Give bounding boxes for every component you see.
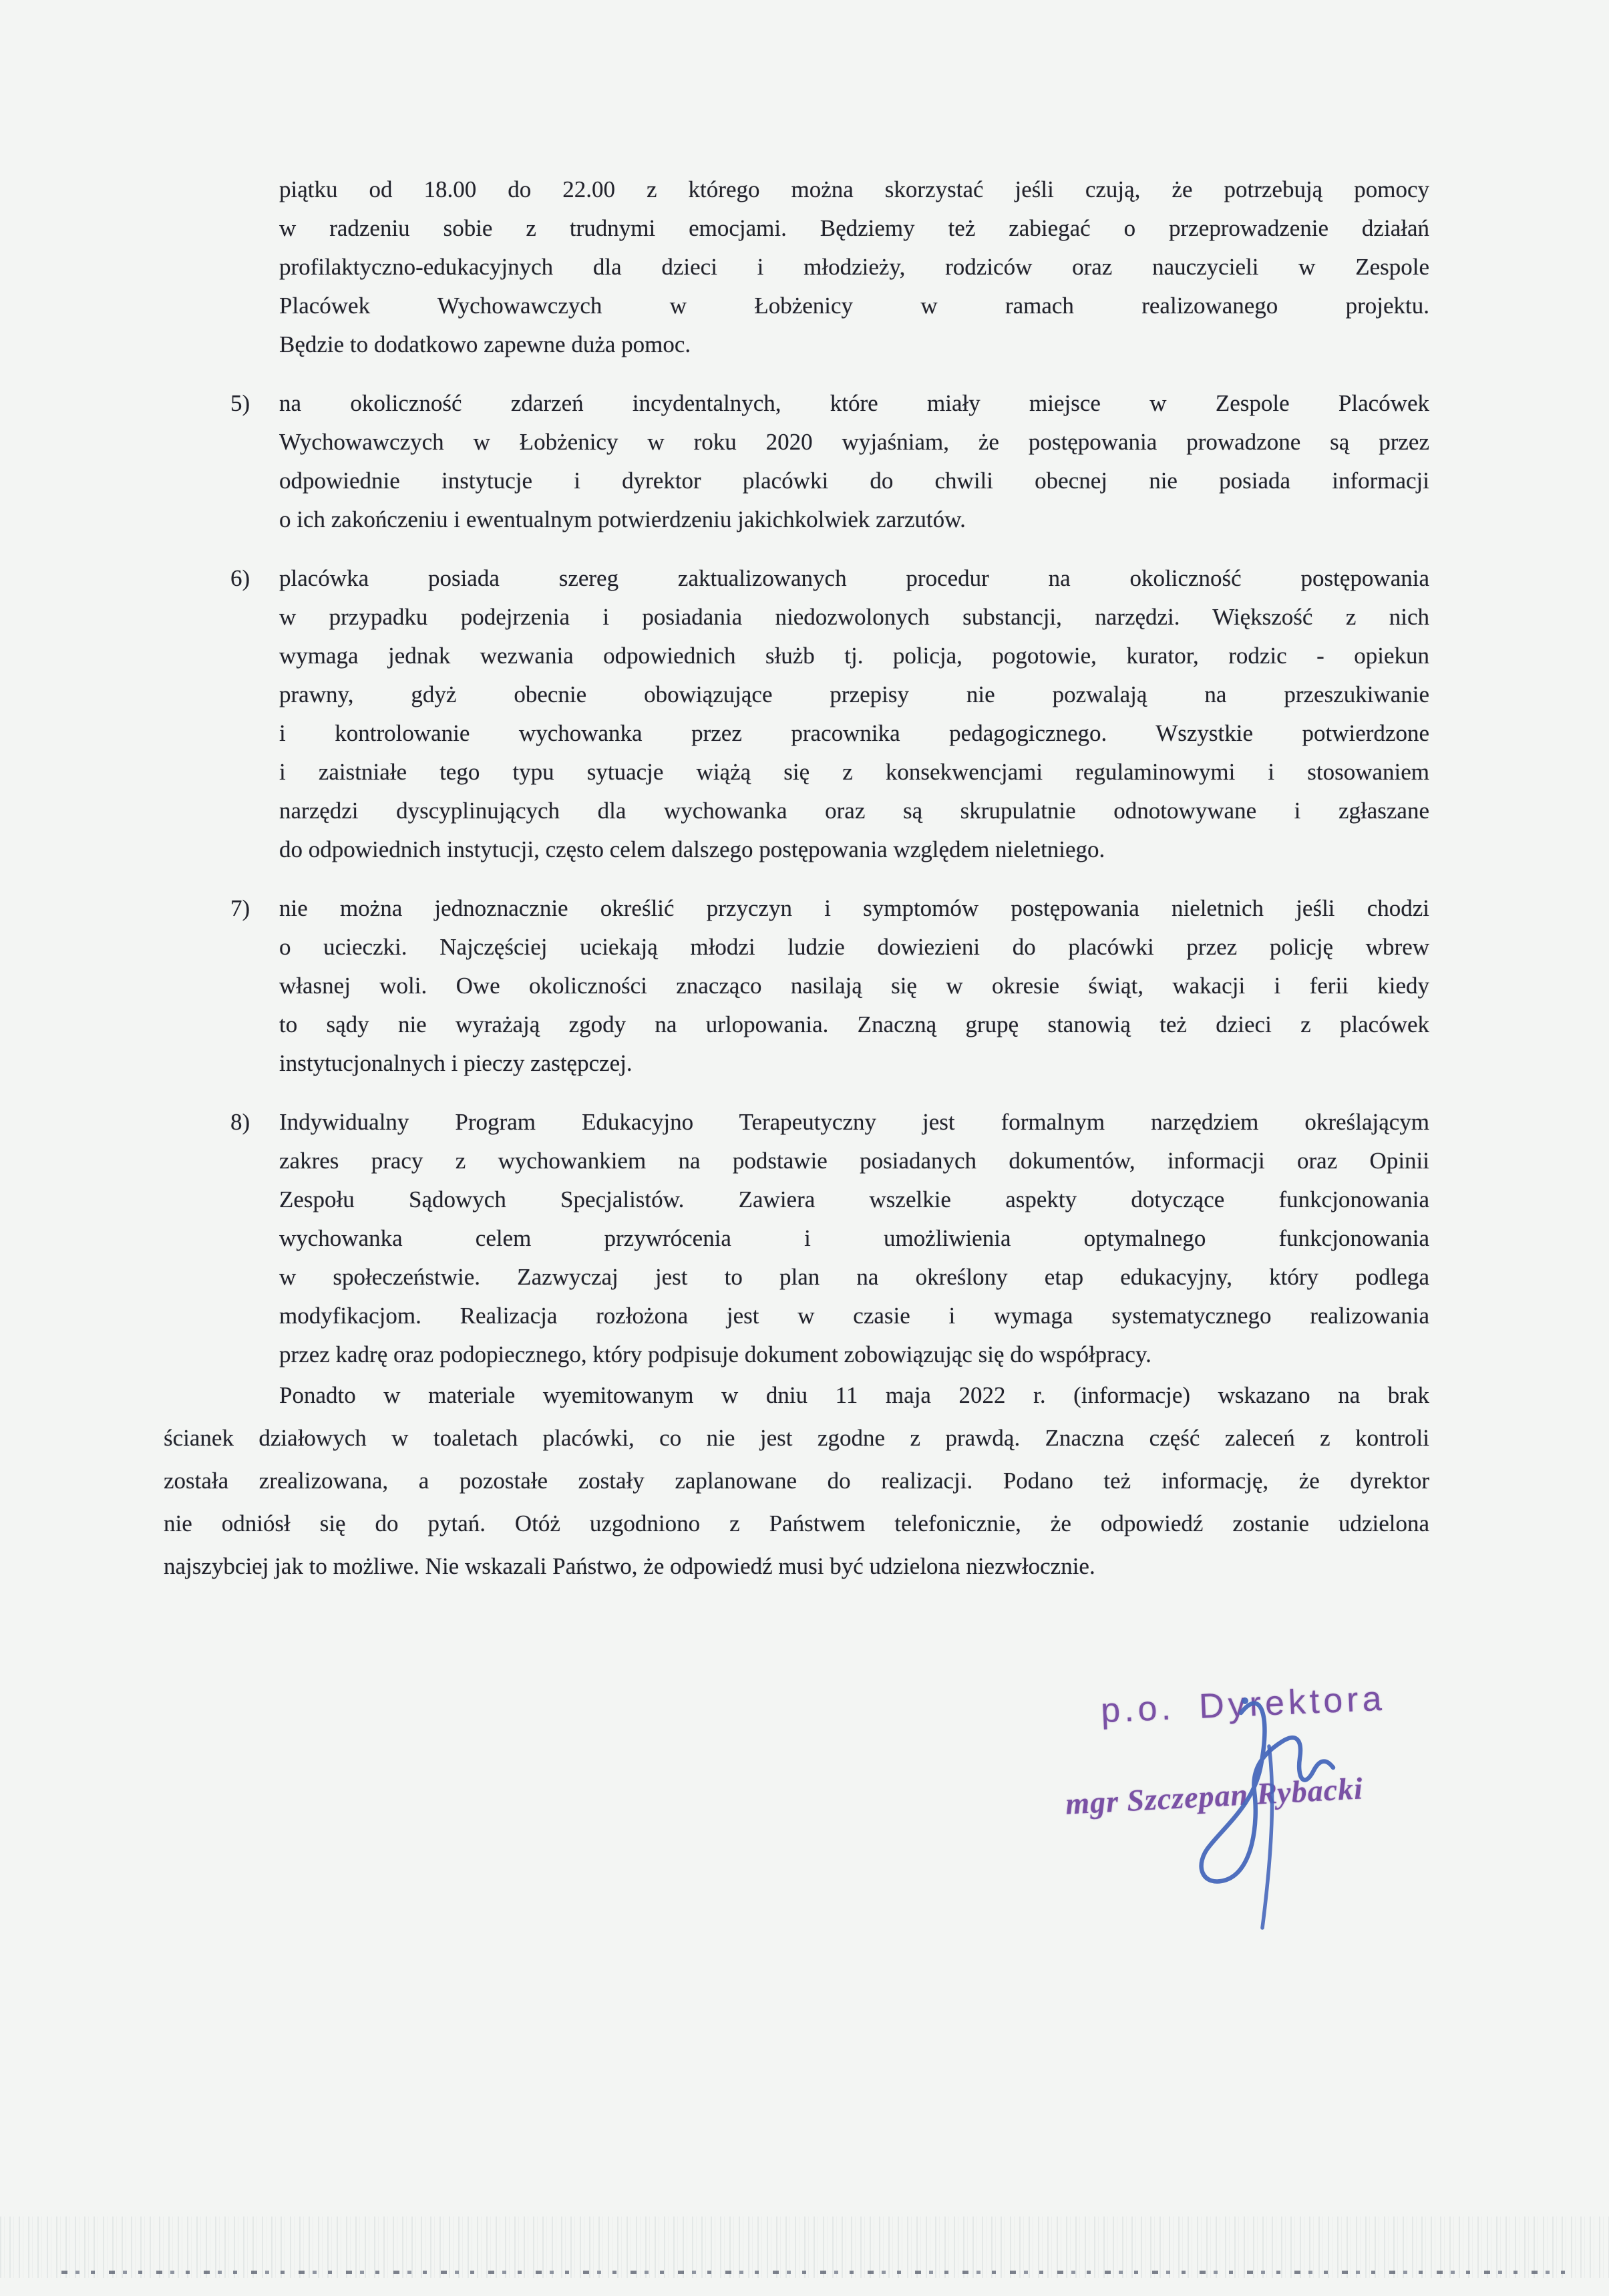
scanned-document-page: piątku od 18.00 do 22.00 z którego można… [0, 0, 1609, 2296]
document-body: piątku od 18.00 do 22.00 z którego można… [279, 170, 1429, 1374]
list-number: 5) [230, 384, 250, 423]
handwritten-signature-icon [1162, 1623, 1376, 1937]
list-item-7: 7) nie można jednoznacznie określić przy… [279, 889, 1429, 1083]
text-line: Wychowawczych w Łobżenicy w roku 2020 wy… [279, 423, 1429, 462]
text-line: Ponadto w materiale wyemitowanym w dniu … [164, 1374, 1429, 1417]
text-line: prawny, gdyż obecnie obowiązujące przepi… [279, 675, 1429, 714]
list-item-text: placówka posiada szereg zaktualizowanych… [279, 559, 1429, 869]
text-line: zakres pracy z wychowankiem na podstawie… [279, 1142, 1429, 1180]
list-item-6: 6) placówka posiada szereg zaktualizowan… [279, 559, 1429, 869]
text-line: nie można jednoznacznie określić przyczy… [279, 889, 1429, 928]
text-line: o ich zakończeniu i ewentualnym potwierd… [279, 500, 1429, 539]
text-line: placówka posiada szereg zaktualizowanych… [279, 559, 1429, 598]
intro-paragraph: piątku od 18.00 do 22.00 z którego można… [279, 170, 1429, 364]
text-line: profilaktyczno-edukacyjnych dla dzieci i… [279, 248, 1429, 287]
text-line: i kontrolowanie wychowanka przez pracown… [279, 714, 1429, 753]
text-line: o ucieczki. Najczęściej uciekają młodzi … [279, 928, 1429, 967]
scan-edge-artifact [61, 2271, 1568, 2274]
text-line: to sądy nie wyrażają zgody na urlopowani… [279, 1005, 1429, 1044]
text-line: Będzie to dodatkowo zapewne duża pomoc. [279, 325, 1429, 364]
list-number: 6) [230, 559, 250, 598]
list-item-8: 8) Indywidualny Program Edukacyjno Terap… [279, 1103, 1429, 1374]
closing-paragraph: Ponadto w materiale wyemitowanym w dniu … [164, 1374, 1429, 1588]
text-line: Placówek Wychowawczych w Łobżenicy w ram… [279, 287, 1429, 325]
text-line: nie odniósł się do pytań. Otóż uzgodnion… [164, 1502, 1429, 1545]
text-line: najszybciej jak to możliwe. Nie wskazali… [164, 1545, 1429, 1588]
text-line: została zrealizowana, a pozostałe został… [164, 1460, 1429, 1502]
text-line: Indywidualny Program Edukacyjno Terapeut… [279, 1103, 1429, 1142]
list-item-text: nie można jednoznacznie określić przyczy… [279, 889, 1429, 1083]
text-line: własnej woli. Owe okoliczności znacząco … [279, 967, 1429, 1005]
list-item-text: na okoliczność zdarzeń incydentalnych, k… [279, 384, 1429, 539]
list-number: 8) [230, 1103, 250, 1142]
text-line: wychowanka celem przywrócenia i umożliwi… [279, 1219, 1429, 1258]
text-line: i zaistniałe tego typu sytuacje wiążą si… [279, 753, 1429, 792]
text-line: do odpowiednich instytucji, często celem… [279, 830, 1429, 869]
text-line: wymaga jednak wezwania odpowiednich służ… [279, 637, 1429, 675]
text-line: w radzeniu sobie z trudnymi emocjami. Bę… [279, 209, 1429, 248]
text-line: odpowiednie instytucje i dyrektor placów… [279, 462, 1429, 500]
text-line: w przypadku podejrzenia i posiadania nie… [279, 598, 1429, 637]
text-line: instytucjonalnych i pieczy zastępczej. [279, 1044, 1429, 1083]
text-line: ścianek działowych w toaletach placówki,… [164, 1417, 1429, 1460]
scan-streak-artifact [0, 2217, 1609, 2278]
list-number: 7) [230, 889, 250, 928]
list-item-text: Indywidualny Program Edukacyjno Terapeut… [279, 1103, 1429, 1374]
text-line: Zespołu Sądowych Specjalistów. Zawiera w… [279, 1180, 1429, 1219]
list-item-5: 5) na okoliczność zdarzeń incydentalnych… [279, 384, 1429, 539]
text-line: piątku od 18.00 do 22.00 z którego można… [279, 170, 1429, 209]
text-line: w społeczeństwie. Zazwyczaj jest to plan… [279, 1258, 1429, 1297]
text-line: modyfikacjom. Realizacja rozłożona jest … [279, 1297, 1429, 1335]
text-line: przez kadrę oraz podopiecznego, który po… [279, 1335, 1429, 1374]
text-line: na okoliczność zdarzeń incydentalnych, k… [279, 384, 1429, 423]
text-line: narzędzi dyscyplinujących dla wychowanka… [279, 792, 1429, 830]
